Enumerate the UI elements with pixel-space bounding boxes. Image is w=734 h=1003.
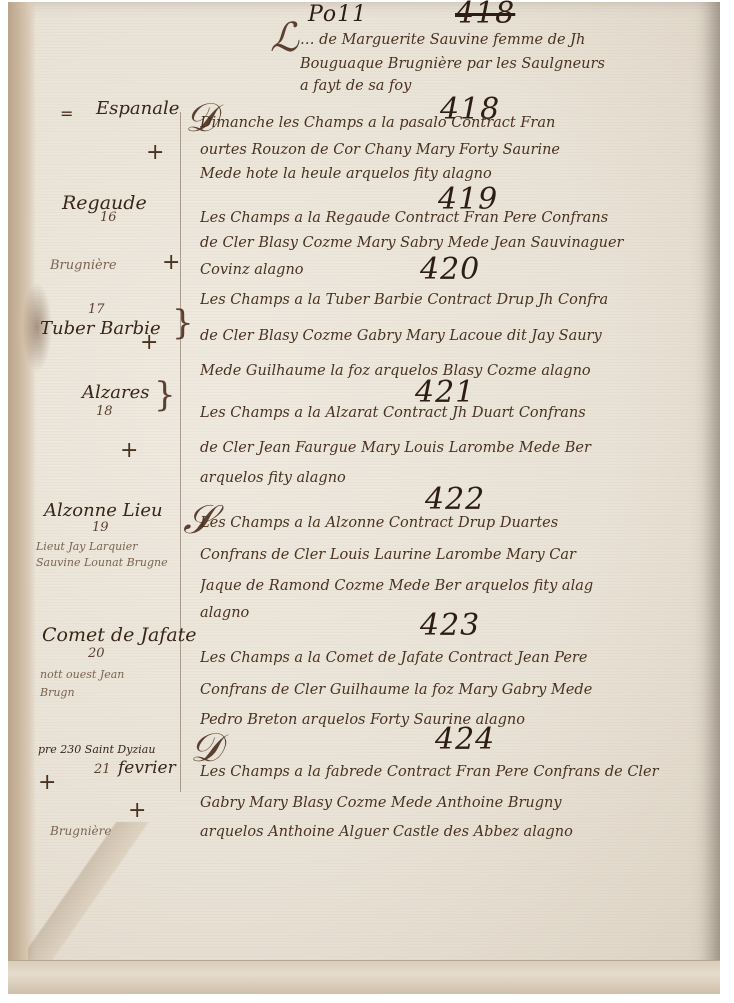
margin-subnote: pre 230 Saint Dyziau [38,743,155,756]
entry-line: a fayt de sa foy [300,78,720,94]
margin-rule [180,112,181,792]
margin-number: 17 [88,302,105,317]
margin-name: Alzonne Lieu [44,500,163,521]
entry-line: de Cler Jean Faurgue Mary Louis Larombe … [200,440,710,456]
margin-number: 19 [92,520,109,535]
cross-mark: + [38,772,56,794]
margin-subnote: Sauvine Lounat Brugne [36,556,168,569]
margin-name: Espanale [96,98,179,119]
entry-number: 422 [425,482,485,517]
cross-mark: + [146,142,164,164]
margin-name: Brugnière [50,824,111,838]
margin-number: 21 [94,762,111,777]
margin-number: 18 [96,404,113,419]
entry-line: de Cler Blasy Cozme Mary Sabry Mede Jean… [200,235,710,251]
entry-line: Mede hote la heule arquelos fity alagno [200,166,710,182]
margin-number: 20 [88,646,105,661]
entry-number-struck: 418 [455,0,515,31]
margin-name: Alzares [82,382,149,403]
margin-name: Comet de Jafate [42,624,197,646]
entry-line: Les Champs a la Comet de Jafate Contract… [200,650,710,666]
entry-line: Les Champs a la Tuber Barbie Contract Dr… [200,292,710,308]
bracket-mark: } [172,306,194,340]
entry-number: 424 [435,722,495,757]
entry-line: Jaque de Ramond Cozme Mede Ber arquelos … [200,578,710,594]
page-bottom-edge [8,960,720,993]
entry-line: arquelos Anthoine Alguer Castle des Abbe… [200,824,710,840]
margin-subnote: Brugn [40,686,75,699]
cross-mark: + [120,440,138,462]
entry-number: 420 [420,252,480,287]
margin-name: fevrier [118,758,176,778]
initial-flourish: 𝒟 [190,728,222,768]
bracket-mark: } [154,378,176,412]
cross-mark: + [140,332,158,354]
initial-flourish: ℒ [270,18,299,58]
cross-mark: + [162,252,180,274]
entry-line: Dimanche les Champs a la pasalo Contract… [200,115,710,131]
margin-subnote: nott ouest Jean [40,668,124,681]
entry-line: Les Champs a la fabrede Contract Fran Pe… [200,764,710,780]
cross-mark: + [128,800,146,822]
entry-line: Gabry Mary Blasy Cozme Mede Anthoine Bru… [200,795,710,811]
entry-line: … de Marguerite Sauvine femme de Jh [300,32,720,48]
entry-line: de Cler Blasy Cozme Gabry Mary Lacoue di… [200,328,710,344]
entry-line: Les Champs a la Alzonne Contract Drup Du… [200,515,710,531]
entry-line: Bouguaque Brugnière par les Saulgneurs [300,56,720,72]
entry-number: 423 [420,608,480,643]
margin-name: Brugnière [50,258,117,273]
margin-subnote: Lieut Jay Larquier [36,540,138,553]
entry-line: Confrans de Cler Guilhaume la foz Mary G… [200,682,710,698]
margin-number: 16 [100,210,117,225]
header-mark: Po11 [308,2,367,27]
entry-line: Confrans de Cler Louis Laurine Larombe M… [200,547,710,563]
margin-dash: = [60,104,73,123]
entry-line: Les Champs a la Regaude Contract Fran Pe… [200,210,710,226]
entry-line: Les Champs a la Alzarat Contract Jh Duar… [200,405,710,421]
entry-line: ourtes Rouzon de Cor Chany Mary Forty Sa… [200,142,710,158]
